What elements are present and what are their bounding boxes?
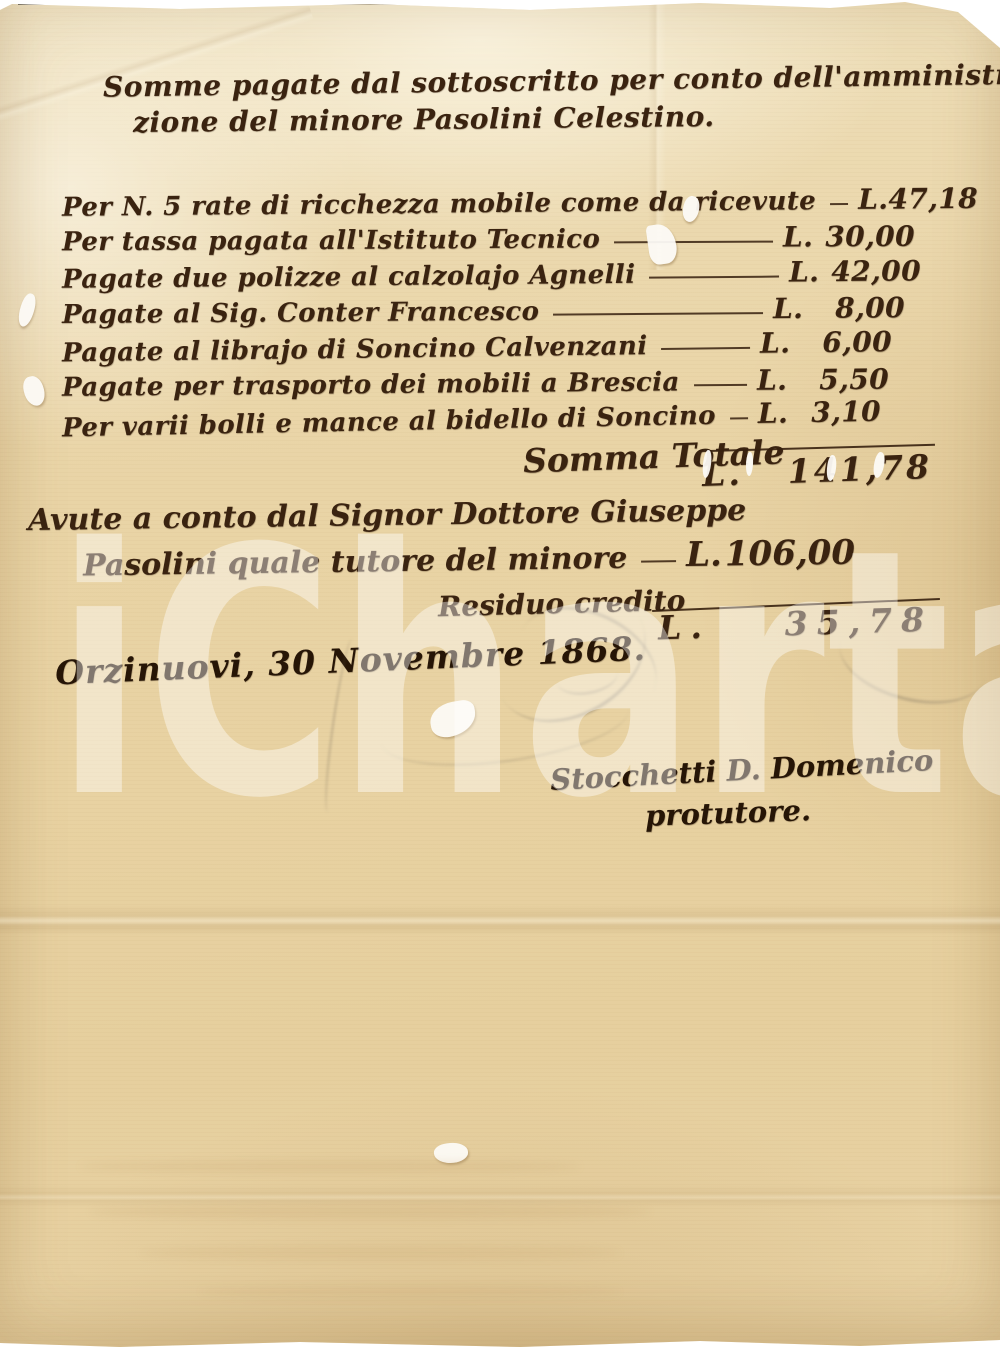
expense-row: Per tassa pagata all'Istituto Tecnico L.… <box>62 217 935 258</box>
signature-role: protutore. <box>644 793 811 833</box>
expense-description: Pagate al Sig. Conter Francesco <box>62 297 540 330</box>
residual-credit-label: Residuo credito <box>438 584 686 623</box>
expense-value: 30,00 <box>825 220 915 253</box>
expense-value: 3,10 <box>811 395 881 429</box>
total-value: 141,78 <box>787 447 933 491</box>
expense-value: 42,00 <box>831 254 921 288</box>
expense-value: 6,00 <box>822 325 892 359</box>
received-line2-row: Pasolini quale tutore del minore L. 106,… <box>83 533 855 584</box>
total-amount: L. 141,78 <box>701 447 932 494</box>
expense-value: 8,00 <box>835 291 905 324</box>
residual-credit-amount: L. 35,78 <box>657 600 933 648</box>
dash-leader <box>830 203 848 205</box>
currency-symbol: L. <box>789 255 820 288</box>
document-title-line2: zione del minore Pasolini Celestino. <box>133 100 715 139</box>
currency-symbol: L. <box>757 363 788 396</box>
expense-row: Per N. 5 rate di ricchezza mobile come d… <box>62 179 935 223</box>
expense-description: Per varii bolli e mance al bidello di So… <box>62 401 716 444</box>
dash-leader <box>553 312 763 315</box>
received-line2: Pasolini quale tutore del minore <box>83 541 628 584</box>
dash-leader <box>641 560 676 562</box>
dash-leader <box>694 384 747 386</box>
currency-symbol: L. <box>758 396 789 430</box>
document-title-line1: Somme pagate dal sottoscritto per conto … <box>103 57 1000 103</box>
verso-bleedthrough <box>90 1205 650 1219</box>
scan-edge-shadow <box>533 0 873 3</box>
verso-bleedthrough <box>140 1246 620 1260</box>
dash-leader <box>662 347 751 350</box>
paper-damage-spot <box>15 292 39 329</box>
received-line1: Avute a conto dal Signor Dottore Giusepp… <box>28 493 747 538</box>
verso-bleedthrough <box>200 1286 620 1298</box>
currency-symbol: L. <box>783 220 813 253</box>
place-date-line: Orzinuovi, 30 Novembre 1868. <box>54 629 646 693</box>
currency-symbol: L. <box>858 183 889 216</box>
horizontal-fold-crease <box>0 905 1000 935</box>
paper-damage-spot <box>21 374 47 408</box>
expense-value: 47,18 <box>888 182 978 216</box>
verso-bleedthrough <box>80 1160 580 1173</box>
expense-description: Pagate due polizze al calzolajo Agnelli <box>62 260 636 295</box>
signature-name: Stocchetti D. Domenico <box>549 743 934 797</box>
expense-description: Per tassa pagata all'Istituto Tecnico <box>62 224 600 257</box>
dash-leader <box>730 417 748 419</box>
expense-list: Per N. 5 rate di ricchezza mobile come d… <box>62 183 935 435</box>
currency-symbol: L. <box>760 326 791 359</box>
received-amount: L. 106,00 <box>686 533 855 575</box>
received-value: 106,00 <box>725 533 856 575</box>
paper-hole <box>433 1141 469 1164</box>
paper-hole <box>427 698 478 739</box>
scanned-manuscript-page: Somme pagate dal sottoscritto per conto … <box>0 0 1000 1348</box>
horizontal-fold-crease <box>0 1185 1000 1207</box>
currency-symbol: L. <box>657 607 711 648</box>
dash-leader <box>614 241 773 244</box>
dash-leader <box>649 276 779 279</box>
scan-edge-shadow <box>18 0 533 5</box>
currency-symbol: L. <box>773 292 803 325</box>
residual-value: 35,78 <box>784 600 933 644</box>
currency-symbol: L. <box>686 534 722 574</box>
